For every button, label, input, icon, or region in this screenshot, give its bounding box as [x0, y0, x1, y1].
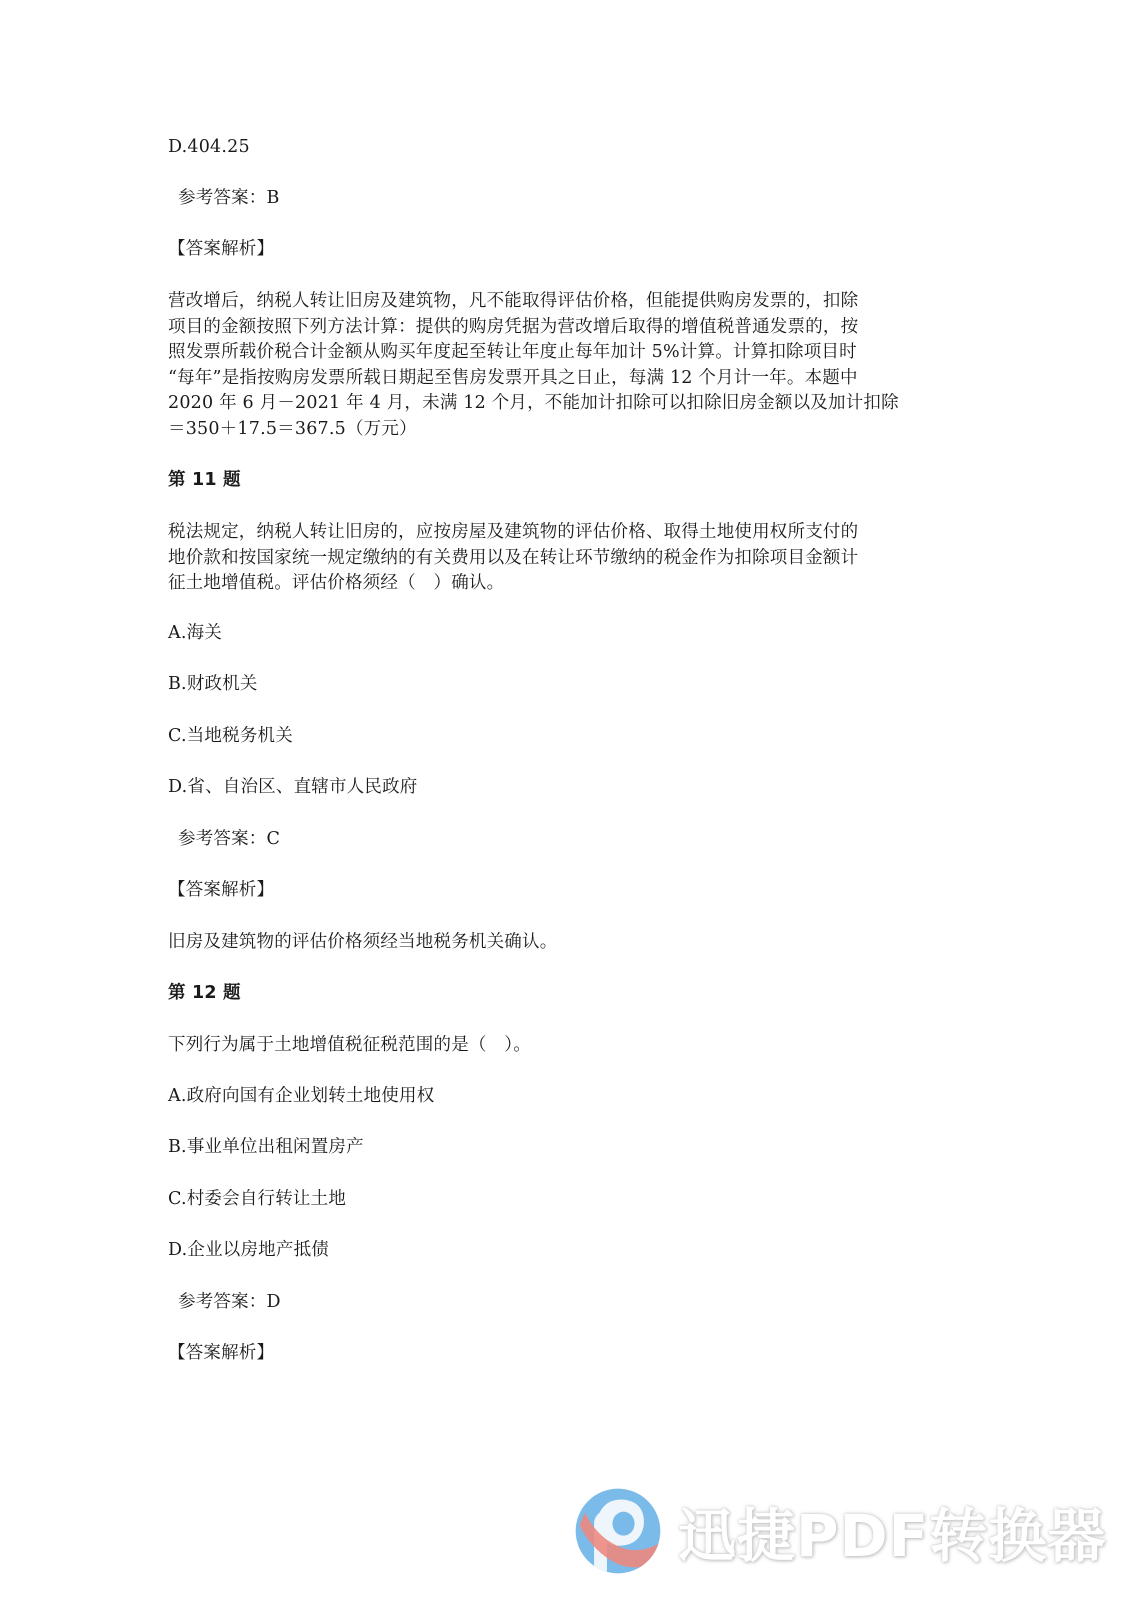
- question-11-stem: 税法规定，纳税人转让旧房的，应按房屋及建筑物的评估价格、取得土地使用权所支付的 …: [168, 520, 948, 597]
- question-11-analysis: 旧房及建筑物的评估价格须经当地税务机关确认。: [168, 930, 557, 955]
- analysis-text-prev: 营改增后，纳税人转让旧房及建筑物，凡不能取得评估价格，但能提供购房发票的，扣除 …: [168, 289, 948, 442]
- analysis-title-prev: 【答案解析】: [168, 237, 274, 262]
- option-d-prev: D.404.25: [168, 135, 250, 160]
- reference-answer-prev: 参考答案：B: [178, 186, 280, 211]
- question-12-title: 第 12 题: [168, 981, 241, 1006]
- question-12-answer: 参考答案：D: [178, 1290, 281, 1315]
- xunjie-pdf-logo-icon: [572, 1485, 664, 1577]
- question-12-analysis-title: 【答案解析】: [168, 1341, 274, 1366]
- question-11-answer: 参考答案：C: [178, 827, 280, 852]
- document-page: D.404.25 参考答案：B 【答案解析】 营改增后，纳税人转让旧房及建筑物，…: [0, 0, 1131, 1600]
- question-12-option-a: A.政府向国有企业划转土地使用权: [168, 1084, 434, 1109]
- question-11-option-b: B.财政机关: [168, 672, 258, 697]
- stem-line: 地价款和按国家统一规定缴纳的有关费用以及在转让环节缴纳的税金作为扣除项目金额计: [168, 546, 948, 572]
- analysis-line: ＝350＋17.5＝367.5（万元）: [168, 417, 948, 443]
- watermark-text: 迅捷PDF转换器: [678, 1489, 1106, 1573]
- analysis-line: 2020 年 6 月－2021 年 4 月，未满 12 个月，不能加计扣除可以扣…: [168, 391, 948, 417]
- stem-line: 税法规定，纳税人转让旧房的，应按房屋及建筑物的评估价格、取得土地使用权所支付的: [168, 520, 948, 546]
- question-11-option-c: C.当地税务机关: [168, 724, 293, 749]
- question-12-option-c: C.村委会自行转让土地: [168, 1187, 346, 1212]
- analysis-line: 照发票所载价税合计金额从购买年度起至转让年度止每年加计 5%计算。计算扣除项目时: [168, 340, 948, 366]
- question-12-option-b: B.事业单位出租闲置房产: [168, 1135, 364, 1160]
- question-11-option-d: D.省、自治区、直辖市人民政府: [168, 775, 417, 800]
- analysis-line: 项目的金额按照下列方法计算：提供的购房凭据为营改增后取得的增值税普通发票的，按: [168, 315, 948, 341]
- question-12-option-d: D.企业以房地产抵债: [168, 1238, 329, 1263]
- question-11-option-a: A.海关: [168, 621, 222, 646]
- analysis-line: “每年”是指按购房发票所载日期起至售房发票开具之日止，每满 12 个月计一年。本…: [168, 366, 948, 392]
- question-11-title: 第 11 题: [168, 468, 241, 493]
- watermark: 迅捷PDF转换器: [572, 1483, 1106, 1579]
- question-12-stem: 下列行为属于土地增值税征税范围的是（ ）。: [168, 1033, 531, 1058]
- analysis-line: 营改增后，纳税人转让旧房及建筑物，凡不能取得评估价格，但能提供购房发票的，扣除: [168, 289, 948, 315]
- question-11-analysis-title: 【答案解析】: [168, 878, 274, 903]
- stem-line: 征土地增值税。评估价格须经（ ）确认。: [168, 571, 948, 597]
